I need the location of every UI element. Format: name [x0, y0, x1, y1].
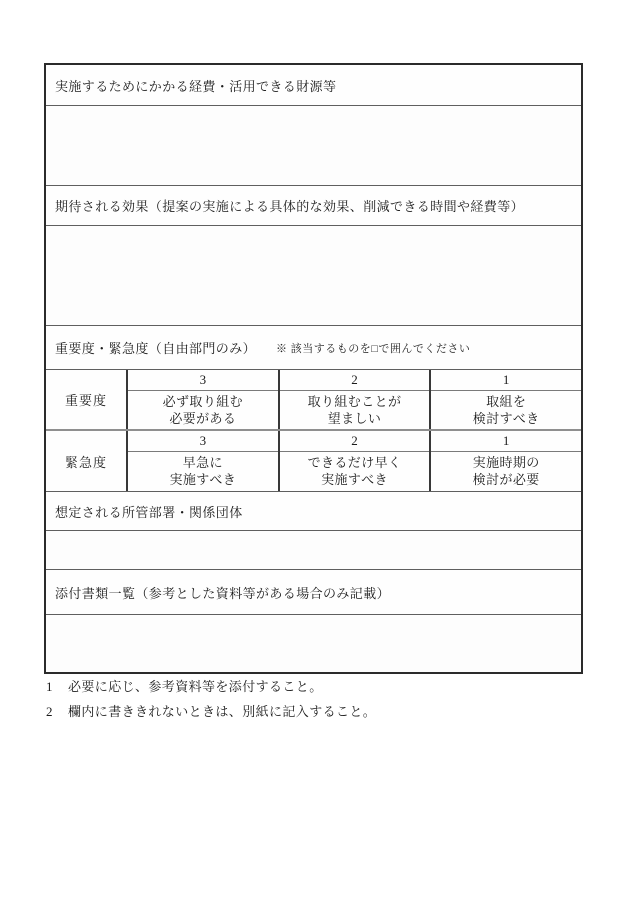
urgency-row: 緊急度 3 早急に 実施すべき 2 できるだけ早く 実施すべき 1 実施時期の — [46, 429, 581, 491]
section-priority-header: 重要度・緊急度（自由部門のみ） ※ 該当するものを□で囲んでください — [46, 325, 581, 369]
document-page: 実施するためにかかる経費・活用できる財源等 期待される効果（提案の実施による具体… — [0, 0, 630, 903]
desc-line: できるだけ早く — [308, 454, 402, 471]
importance-score-3: 3 — [128, 370, 278, 391]
importance-score-2: 2 — [280, 370, 430, 391]
section-department-label: 想定される所管部署・関係団体 — [55, 502, 243, 521]
desc-line: 実施すべき — [321, 471, 388, 488]
importance-score-1: 1 — [431, 370, 581, 391]
importance-desc-3: 必ず取り組む 必要がある — [128, 391, 278, 429]
urgency-desc-1: 実施時期の 検討が必要 — [431, 452, 581, 491]
desc-line: 必ず取り組む — [163, 393, 243, 410]
section-effects-header: 期待される効果（提案の実施による具体的な効果、削減できる時間や経費等） — [46, 185, 581, 225]
desc-line: 実施時期の — [473, 454, 540, 471]
desc-line: 実施すべき — [169, 471, 236, 488]
section-attachments-label: 添付書類一覧（参考とした資料等がある場合のみ記載） — [55, 583, 390, 602]
section-expenses-header: 実施するためにかかる経費・活用できる財源等 — [46, 65, 581, 105]
footnote-2: 2 欄内に書ききれないときは、別紙に記入すること。 — [46, 701, 376, 720]
desc-line: 検討が必要 — [473, 471, 540, 488]
footnote-1-number: 1 — [46, 679, 68, 695]
urgency-score-2: 2 — [280, 431, 430, 452]
footnote-2-number: 2 — [46, 704, 68, 720]
section-expenses-label: 実施するためにかかる経費・活用できる財源等 — [55, 76, 336, 95]
desc-line: 早急に — [183, 454, 223, 471]
importance-desc-2: 取り組むことが 望ましい — [280, 391, 430, 429]
priority-instruction-note: ※ 該当するものを□で囲んでください — [276, 340, 470, 356]
importance-row: 重要度 3 必ず取り組む 必要がある 2 取り組むことが 望ましい 1 取組を — [46, 369, 581, 429]
urgency-row-label: 緊急度 — [46, 431, 126, 491]
footnotes: 1 必要に応じ、参考資料等を添付すること。 2 欄内に書ききれないときは、別紙に… — [46, 676, 376, 726]
effects-fill-in-area — [46, 225, 581, 325]
desc-line: 検討すべき — [473, 410, 540, 427]
importance-desc-1: 取組を 検討すべき — [431, 391, 581, 429]
importance-option-2: 2 取り組むことが 望ましい — [278, 370, 430, 429]
urgency-score-1: 1 — [431, 431, 581, 452]
footnote-2-text: 欄内に書ききれないときは、別紙に記入すること。 — [68, 701, 376, 720]
urgency-option-2: 2 できるだけ早く 実施すべき — [278, 431, 430, 491]
section-priority-label: 重要度・緊急度（自由部門のみ） — [55, 338, 256, 357]
importance-row-label: 重要度 — [46, 370, 126, 429]
desc-line: 必要がある — [169, 410, 236, 427]
expenses-fill-in-area — [46, 105, 581, 185]
importance-option-3: 3 必ず取り組む 必要がある — [126, 370, 278, 429]
section-effects-label: 期待される効果（提案の実施による具体的な効果、削減できる時間や経費等） — [55, 196, 524, 215]
desc-line: 取組を — [486, 393, 526, 410]
attachments-fill-in-area — [46, 614, 581, 672]
section-attachments-header: 添付書類一覧（参考とした資料等がある場合のみ記載） — [46, 569, 581, 614]
footnote-1-text: 必要に応じ、参考資料等を添付すること。 — [68, 676, 323, 695]
department-fill-in-area — [46, 530, 581, 569]
urgency-option-1: 1 実施時期の 検討が必要 — [429, 431, 581, 491]
importance-option-1: 1 取組を 検討すべき — [429, 370, 581, 429]
footnote-1: 1 必要に応じ、参考資料等を添付すること。 — [46, 676, 376, 695]
section-department-header: 想定される所管部署・関係団体 — [46, 491, 581, 530]
urgency-option-3: 3 早急に 実施すべき — [126, 431, 278, 491]
desc-line: 望ましい — [328, 410, 382, 427]
urgency-desc-2: できるだけ早く 実施すべき — [280, 452, 430, 491]
urgency-desc-3: 早急に 実施すべき — [128, 452, 278, 491]
urgency-score-3: 3 — [128, 431, 278, 452]
proposal-form-table: 実施するためにかかる経費・活用できる財源等 期待される効果（提案の実施による具体… — [44, 63, 583, 674]
desc-line: 取り組むことが — [308, 393, 402, 410]
